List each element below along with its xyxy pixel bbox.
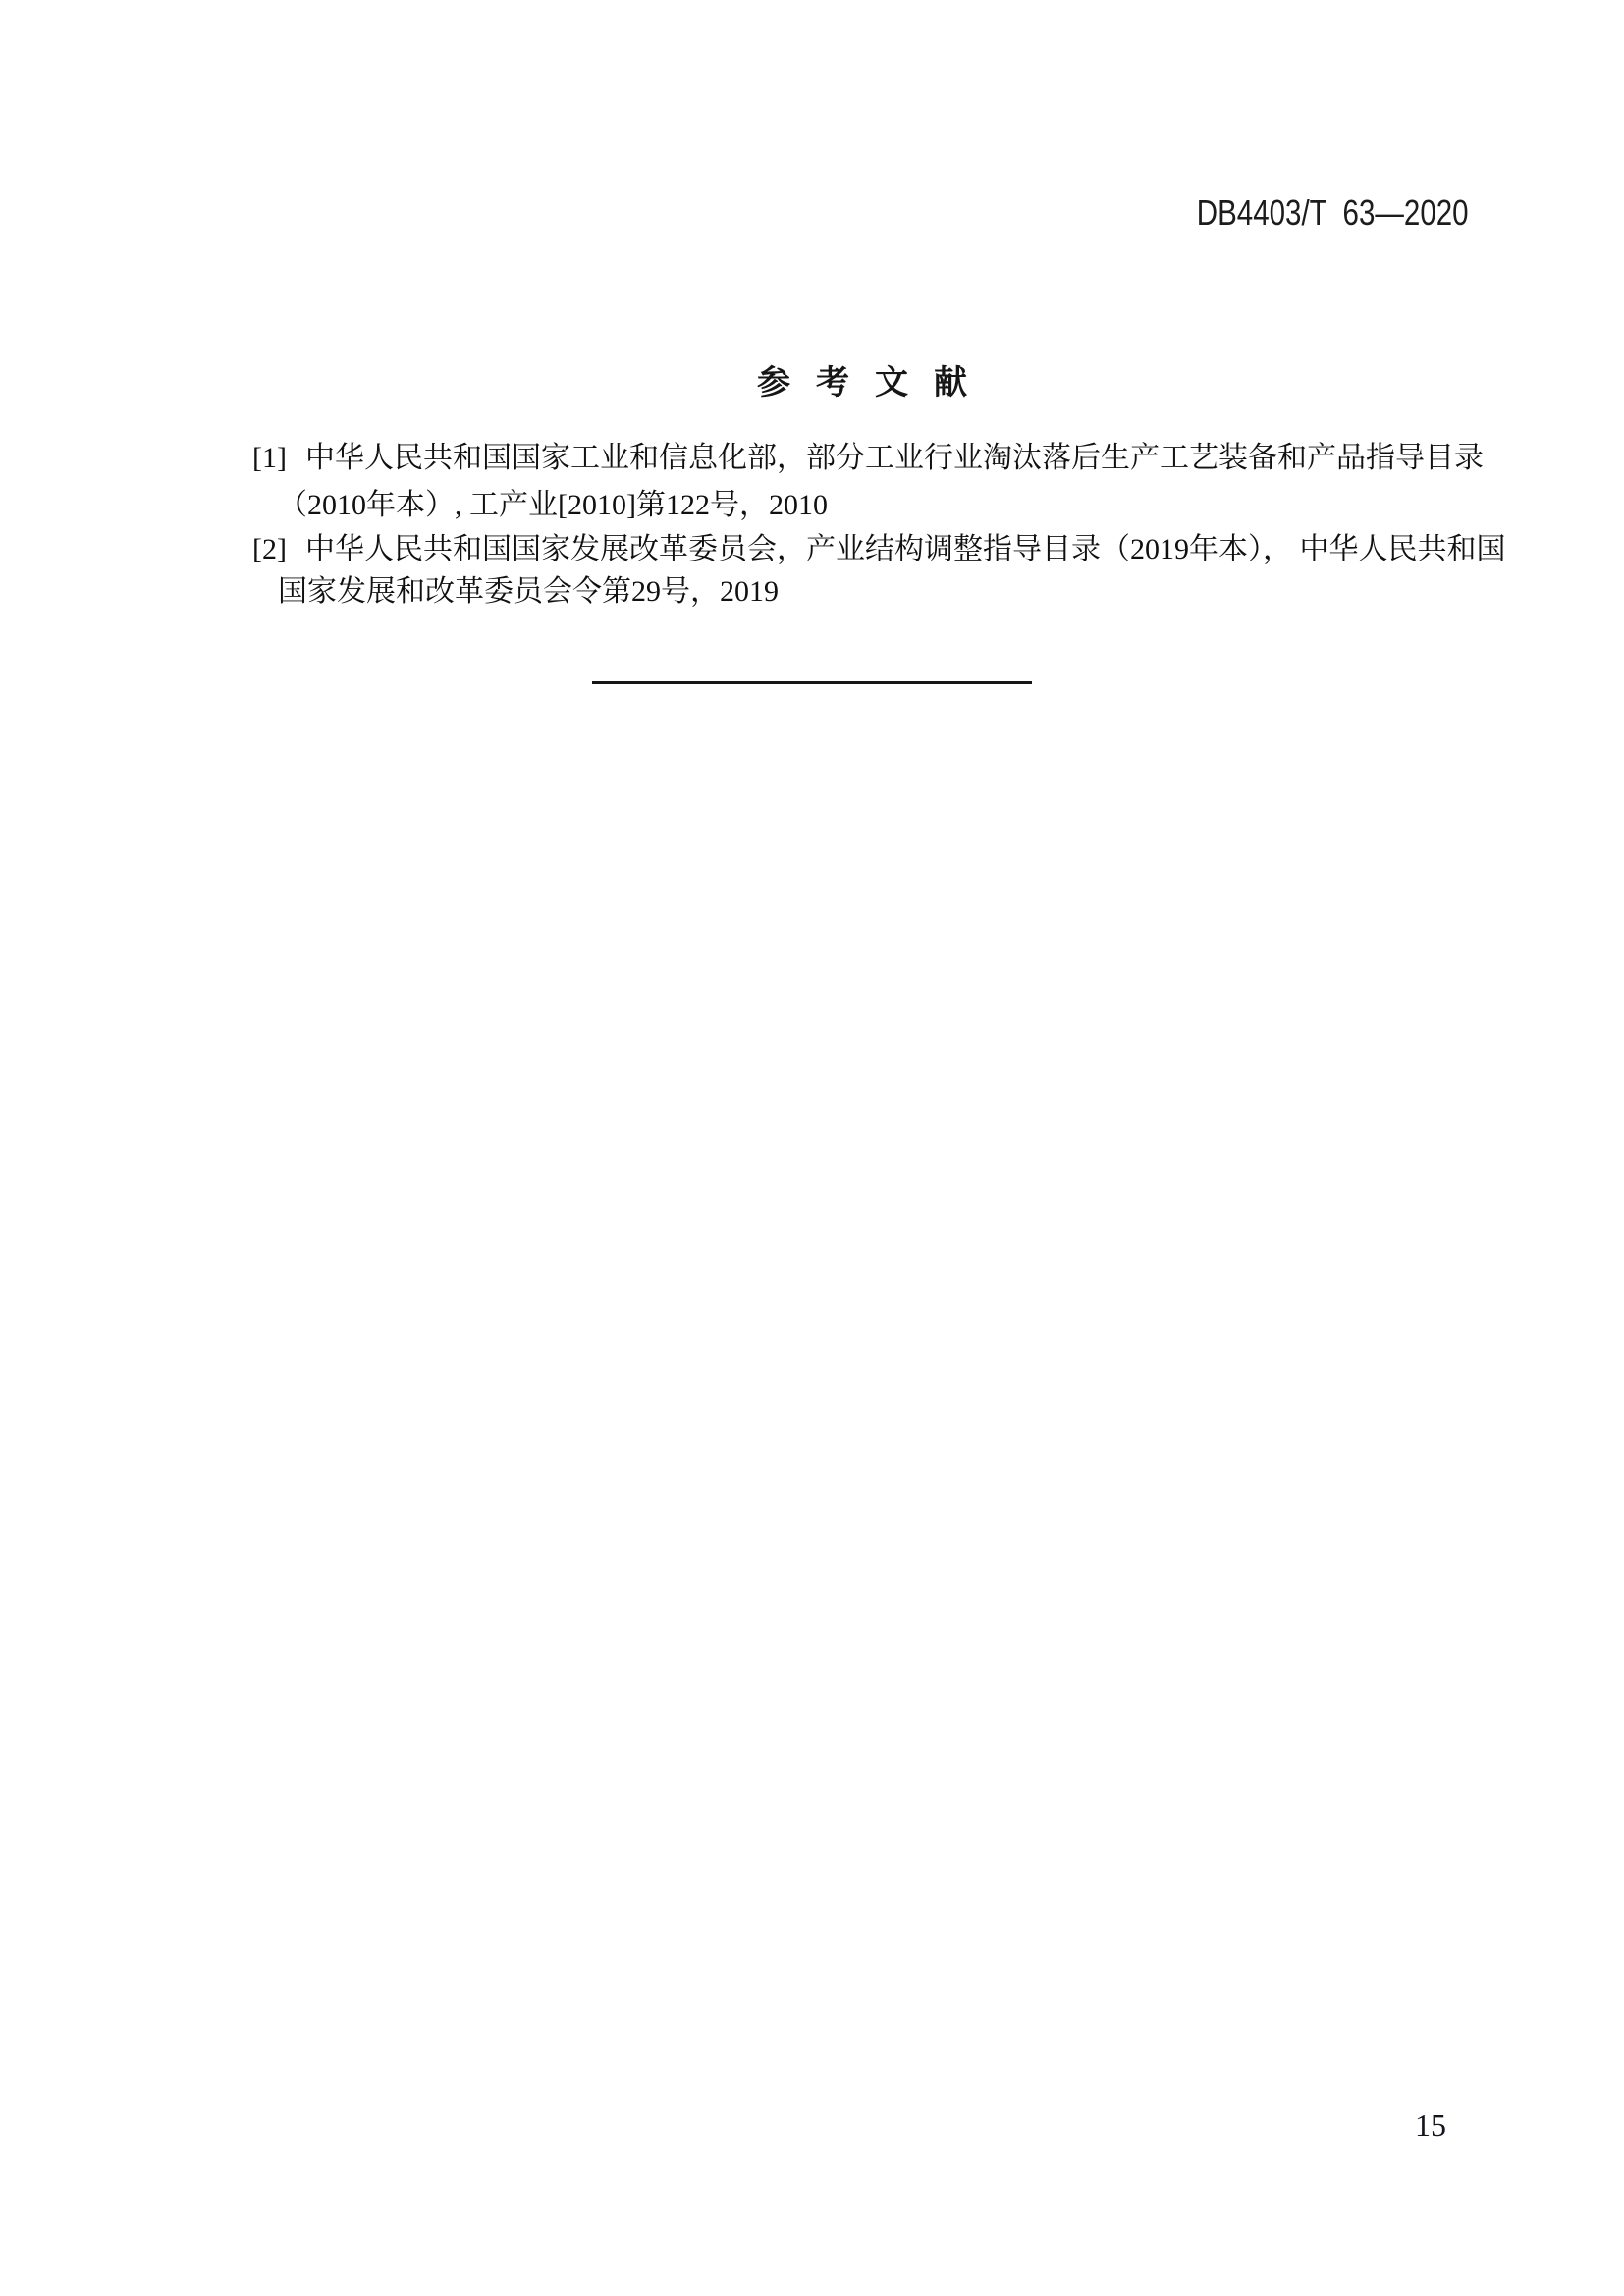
page-title: 参考文献 xyxy=(757,366,993,400)
reference-1-text: 中华人民共和国国家工业和信息化部，部分工业行业淘汰落后生产工艺装备和产品指导目录 xyxy=(305,441,1484,476)
reference-1-label: [1] xyxy=(252,441,287,476)
reference-2-text: 中华人民共和国国家发展改革委员会，产业结构调整指导目录（2019年本）， 中华人… xyxy=(305,532,1506,567)
document-page: DB4403/T 63—2020 参考文献 [1] 中华人民共和国国家工业和信息… xyxy=(0,0,1624,2296)
page-number: 15 xyxy=(1415,2109,1446,2141)
standard-number-header: DB4403/T 63—2020 xyxy=(1197,195,1469,231)
reference-item-1-line-1: [1] 中华人民共和国国家工业和信息化部，部分工业行业淘汰落后生产工艺装备和产品… xyxy=(252,441,1484,476)
reference-item-2-line-1: [2] 中华人民共和国国家发展改革委员会，产业结构调整指导目录（2019年本），… xyxy=(252,532,1505,567)
reference-2-label: [2] xyxy=(252,532,287,567)
end-of-document-rule xyxy=(592,681,1032,684)
reference-item-1-line-2: （2010年本）, 工产业[2010]第122号，2010 xyxy=(278,488,828,523)
reference-2-text-continued: 国家发展和改革委员会令第29号，2019 xyxy=(278,574,779,610)
reference-item-2-line-2: 国家发展和改革委员会令第29号，2019 xyxy=(278,574,779,610)
reference-1-text-continued: （2010年本）, 工产业[2010]第122号，2010 xyxy=(278,488,828,523)
